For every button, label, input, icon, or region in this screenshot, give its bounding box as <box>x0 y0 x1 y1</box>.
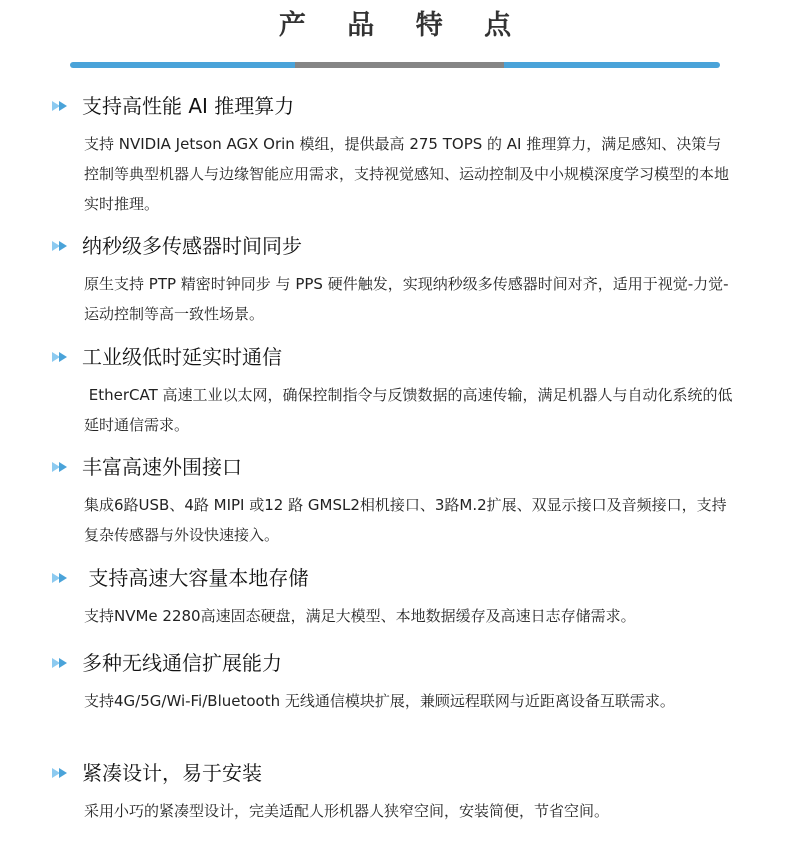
feature-header: 多种无线通信扩展能力 <box>52 648 282 678</box>
feature-description: 支持NVMe 2280高速固态硬盘，满足大模型、本地数据缓存及高速日志存储需求。 <box>84 601 734 631</box>
feature-header: 工业级低时延实时通信 <box>52 342 282 372</box>
page-title: 产 品 特 点 <box>0 6 790 46</box>
divider-segment-left <box>70 62 295 68</box>
feature-description: EtherCAT 高速工业以太网，确保控制指令与反馈数据的高速传输，满足机器人与… <box>84 380 734 440</box>
divider-segment-middle <box>295 62 504 68</box>
divider-segment-right <box>504 62 720 68</box>
double-arrow-right-icon <box>52 240 70 252</box>
feature-title: 支持高速大容量本地存储 <box>82 563 308 593</box>
feature-title: 多种无线通信扩展能力 <box>82 648 282 678</box>
feature-description: 支持 NVIDIA Jetson AGX Orin 模组，提供最高 275 TO… <box>84 129 734 219</box>
double-arrow-right-icon <box>52 572 70 584</box>
feature-header: 支持高性能 AI 推理算力 <box>52 91 294 121</box>
feature-header: 丰富高速外围接口 <box>52 452 242 482</box>
feature-description: 采用小巧的紧凑型设计，完美适配人形机器人狭窄空间，安装简便，节省空间。 <box>84 796 734 826</box>
double-arrow-right-icon <box>52 657 70 669</box>
feature-title: 丰富高速外围接口 <box>82 452 242 482</box>
double-arrow-right-icon <box>52 461 70 473</box>
feature-title: 支持高性能 AI 推理算力 <box>82 91 294 121</box>
title-divider <box>70 62 720 68</box>
feature-description: 支持4G/5G/Wi-Fi/Bluetooth 无线通信模块扩展，兼顾远程联网与… <box>84 686 734 716</box>
feature-description: 原生支持 PTP 精密时钟同步 与 PPS 硬件触发，实现纳秒级多传感器时间对齐… <box>84 269 734 329</box>
double-arrow-right-icon <box>52 100 70 112</box>
feature-title: 紧凑设计，易于安装 <box>82 758 262 788</box>
feature-title: 纳秒级多传感器时间同步 <box>82 231 302 261</box>
double-arrow-right-icon <box>52 767 70 779</box>
double-arrow-right-icon <box>52 351 70 363</box>
feature-title: 工业级低时延实时通信 <box>82 342 282 372</box>
feature-header: 支持高速大容量本地存储 <box>52 563 308 593</box>
feature-header: 纳秒级多传感器时间同步 <box>52 231 302 261</box>
feature-description: 集成6路USB、4路 MIPI 或12 路 GMSL2相机接口、3路M.2扩展、… <box>84 490 734 550</box>
feature-header: 紧凑设计，易于安装 <box>52 758 262 788</box>
